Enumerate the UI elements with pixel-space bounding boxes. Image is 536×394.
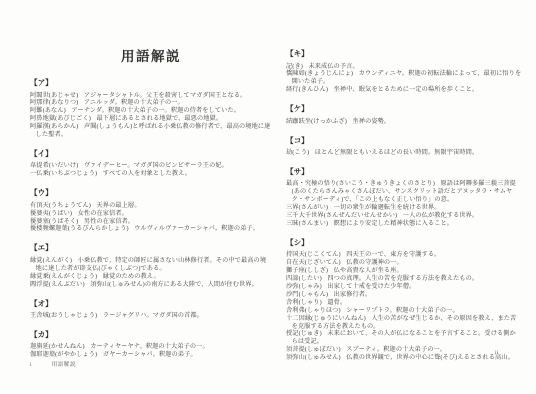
glossary-entry: 優婆夷(うばい)女性の在家信者。 xyxy=(30,210,272,218)
section-header: 【ケ】 xyxy=(286,103,522,114)
entry-term: 阿羅漢(あらかん) xyxy=(30,123,78,130)
entry-term: 須菩提(しゅぼだい) xyxy=(286,346,341,353)
entry-definition: 天界の最上層。 xyxy=(97,202,141,209)
glossary-entry: 一仏乗(いちぶつじょう)すべての人を対象とした教え。 xyxy=(30,170,272,178)
entry-term: 四諦(したい) xyxy=(286,275,322,282)
section-header: 【コ】 xyxy=(286,135,522,146)
glossary-entry: 三界(さんがい)一切の衆生が輪廻転生を続ける世界。 xyxy=(286,204,522,212)
glossary-entry: 経行(きんひん)坐禅中、眠気をとるために一定の場所を歩くこと。 xyxy=(286,86,522,94)
entry-term: 沙門(しゃもん) xyxy=(286,291,328,298)
entry-definition: 四つの真理。人生の苦を克服する方法を教えたもの。 xyxy=(327,275,478,282)
entry-term: 有頂天(うちょうてん) xyxy=(30,202,91,209)
glossary-entry: 三千大千世界(さんぜんだいせんせかい)一人の仏が教化する世界。 xyxy=(286,212,522,220)
entry-term: 舎利弗(しゃりほつ) xyxy=(286,307,341,314)
glossary-entry: 阿羅漢(あらかん)声聞(しょうもん)と呼ばれる小乗仏教の修行者で、最高の境地に達… xyxy=(30,123,272,139)
page-number-right: ii xyxy=(495,350,498,356)
entry-term: 授記(じゅき) xyxy=(286,330,322,337)
right-page: 【キ】記(き)未来成仏の予言。憍陳如(きょうじんにょ)カウンディニヤ。釈迦の初転… xyxy=(286,0,522,394)
entry-definition: ラージャグリハ。マガダ国の首都。 xyxy=(103,312,203,319)
entry-term: 阿那律(あなりつ) xyxy=(30,99,78,106)
page-title: 用語解説 xyxy=(30,45,272,65)
entry-term: 優婆夷(うばい) xyxy=(30,210,72,217)
entry-definition: スブーティ。釈迦の十大弟子の一。 xyxy=(346,346,446,353)
glossary-entry: 獅子座(ししざ)仏や高貴な人が坐る座。 xyxy=(286,267,522,275)
glossary-entry: 三昧(さんまい)瞑想により安定した精神状態に入ること。 xyxy=(286,220,522,228)
entry-definition: シャーリプトラ。釈迦の十大弟子の一。 xyxy=(346,307,459,314)
entry-term: 結跏趺坐(けっかふざ) xyxy=(286,118,347,125)
entry-term: 持国天(じこくてん) xyxy=(286,251,341,258)
glossary-sections-right: 【キ】記(き)未来成仏の予言。憍陳如(きょうじんにょ)カウンディニヤ。釈迦の初転… xyxy=(286,48,522,362)
entry-term: 優楼頻螺迦葉(うるびんらかしょう) xyxy=(30,225,129,232)
entry-definition: アジャータシャトル。父王を殺害してマガダ国王となる。 xyxy=(84,92,246,99)
section-header: 【カ】 xyxy=(30,329,272,340)
glossary-entry: 憍陳如(きょうじんにょ)カウンディニヤ。釈迦の初転法輪によって、最初に悟りを開い… xyxy=(286,70,522,86)
running-title: 用語解説 xyxy=(52,362,76,368)
entry-term: 優婆塞(うばそく) xyxy=(30,218,78,225)
glossary-entry: 有頂天(うちょうてん)天界の最上層。 xyxy=(30,202,272,210)
glossary-entry: 結跏趺坐(けっかふざ)坐禅の姿勢。 xyxy=(286,118,522,126)
entry-definition: 縁覚のための教え。 xyxy=(103,273,160,280)
entry-definition: 最下層にあるとされる地獄で、最悪の地獄。 xyxy=(97,115,223,122)
glossary-entry: 舎利弗(しゃりほつ)シャーリプトラ。釈迦の十大弟子の一。 xyxy=(286,307,522,315)
entry-definition: 一人の仏が教化する世界。 xyxy=(403,212,478,219)
section-header: 【オ】 xyxy=(30,298,272,309)
entry-definition: 男性の在家信者。 xyxy=(84,218,134,225)
glossary-entry: 縁覚乗(えんがくじょう)縁覚のための教え。 xyxy=(30,273,272,281)
entry-definition: 出家修行者。 xyxy=(334,291,372,298)
entry-term: 伽耶迦葉(がやかしょう) xyxy=(30,351,97,358)
entry-definition: 仏教の世界観で、世界の中心に聳(そび)えるとされる高山。 xyxy=(346,354,514,361)
entry-term: 劫(こう) xyxy=(286,149,309,156)
entry-definition: 仏教の守護神の一。 xyxy=(346,259,403,266)
entry-definition: カーティヤーヤナ。釈迦の十大弟子の一。 xyxy=(90,343,209,350)
glossary-entry: 王舎城(おうしゃじょう)ラージャグリハ。マガダ国の首都。 xyxy=(30,312,272,320)
entry-term: 須弥山(しゅみせん) xyxy=(286,354,341,361)
entry-term: 阿難(あなん) xyxy=(30,107,66,114)
section-header: 【イ】 xyxy=(30,148,272,159)
entry-definition: ヴァイデーヒー。マガダ国のビンビサーラ王の妃。 xyxy=(84,162,228,169)
glossary-entry: 授記(じゅき)未来において、その人が仏になることを予言すること。受ける側からは受… xyxy=(286,330,522,346)
entry-term: 十二因縁(じゅうにいんねん) xyxy=(286,315,366,322)
entry-definition: ウルヴィルヴァーカーシャパ。釈迦の弟子。 xyxy=(134,225,259,232)
entry-term: 阿闍世(あじゃせ) xyxy=(30,92,78,99)
right-page-footer: ii xyxy=(495,350,498,356)
section-header: 【エ】 xyxy=(30,242,272,253)
entry-definition: 仏や高貴な人が坐る座。 xyxy=(334,267,403,274)
entry-term: 三千大千世界(さんぜんだいせんせかい) xyxy=(286,212,397,219)
glossary-entry: 最高・究極の悟り(さいこう・きゅうきょくのさとり)原語は阿耨多羅三藐三菩提(あの… xyxy=(286,180,522,204)
entry-definition: 遺骨。 xyxy=(327,299,346,306)
entry-term: 阿鼻地獄(あびじごく) xyxy=(30,115,91,122)
glossary-entry: 縁覚(えんがく)小乗仏教で、特定の師匠に属さない山林修行者。その中で最高の境地に… xyxy=(30,257,272,273)
left-page-footer: i用語解説 xyxy=(30,360,76,368)
entry-term: 縁覚(えんがく) xyxy=(30,257,72,264)
entry-definition: ガヤーカーシャパ。釈迦の弟子。 xyxy=(103,351,197,358)
entry-definition: 坐禅中、眠気をとるために一定の場所を歩くこと。 xyxy=(334,86,479,93)
entry-term: 獅子座(ししざ) xyxy=(286,267,328,274)
section-header: 【サ】 xyxy=(286,166,522,177)
entry-term: 最高・究極の悟り(さいこう・きゅうきょくのさとり) xyxy=(286,180,435,187)
entry-term: 舎利(しゃり) xyxy=(286,299,322,306)
entry-definition: ほとんど無限ともいえるほどの長い時間。無限宇宙時間。 xyxy=(315,149,478,156)
glossary-entry: 優楼頻螺迦葉(うるびんらかしょう)ウルヴィルヴァーカーシャパ。釈迦の弟子。 xyxy=(30,225,272,233)
entry-term: 記(き) xyxy=(286,63,303,70)
entry-term: 三界(さんがい) xyxy=(286,204,328,211)
glossary-entry: 伽耶迦葉(がやかしょう)ガヤーカーシャパ。釈迦の弟子。 xyxy=(30,351,272,359)
entry-term: 自在天(じざいてん) xyxy=(286,259,341,266)
glossary-sections-left: 【ア】阿闍世(あじゃせ)アジャータシャトル。父王を殺害してマガダ国王となる。阿那… xyxy=(30,77,272,359)
entry-term: 迦旃延(かせんねん) xyxy=(30,343,85,350)
entry-definition: 坐禅の姿勢。 xyxy=(353,118,391,125)
entry-definition: 出家して十戒を受けた少年僧。 xyxy=(327,283,415,290)
left-page: 用語解説 【ア】阿闍世(あじゃせ)アジャータシャトル。父王を殺害してマガダ国王と… xyxy=(30,0,272,394)
section-header: 【ウ】 xyxy=(30,187,272,198)
entry-term: 縁覚乗(えんがくじょう) xyxy=(30,273,97,280)
entry-definition: すべての人を対象とした教え。 xyxy=(103,170,191,177)
entry-definition: アニルッダ。釈迦の十大弟子の一。 xyxy=(84,99,184,106)
entry-term: 三昧(さんまい) xyxy=(286,220,328,227)
entry-term: 閻浮提(えんぶだい) xyxy=(30,281,85,288)
section-header: 【シ】 xyxy=(286,237,522,248)
entry-term: 王舎城(おうしゃじょう) xyxy=(30,312,97,319)
glossary-entry: 閻浮提(えんぶだい)須弥山(しゅみせん)の南方にある大陸で、人間が住む世界。 xyxy=(30,281,272,289)
glossary-entry: 須弥山(しゅみせん)仏教の世界観で、世界の中心に聳(そび)えるとされる高山。 xyxy=(286,354,522,362)
entry-definition: 須弥山(しゅみせん)の南方にある大陸で、人間が住む世界。 xyxy=(90,281,258,288)
section-header: 【キ】 xyxy=(286,48,522,59)
glossary-entry: 須菩提(しゅぼだい)スブーティ。釈迦の十大弟子の一。 xyxy=(286,346,522,354)
entry-term: 沙弥(しゃみ) xyxy=(286,283,322,290)
entry-term: 憍陳如(きょうじんにょ) xyxy=(286,70,353,77)
glossary-entry: 沙弥(しゃみ)出家して十戒を受けた少年僧。 xyxy=(286,283,522,291)
book-spread: 用語解説 【ア】阿闍世(あじゃせ)アジャータシャトル。父王を殺害してマガダ国王と… xyxy=(0,0,536,394)
glossary-entry: 十二因縁(じゅうにいんねん)人生の苦がなぜ生じるか、その原因を教え、また苦を克服… xyxy=(286,315,522,331)
entry-definition: 女性の在家信者。 xyxy=(78,210,128,217)
entry-term: 一仏乗(いちぶつじょう) xyxy=(30,170,97,177)
entry-term: 経行(きんひん) xyxy=(286,86,328,93)
entry-term: 韋提希(いだいけ) xyxy=(30,162,78,169)
entry-definition: 未来成仏の予言。 xyxy=(308,63,358,70)
entry-definition: 四天王の一で、東方を守護する。 xyxy=(346,251,440,258)
glossary-entry: 自在天(じざいてん)仏教の守護神の一。 xyxy=(286,259,522,267)
section-header: 【ア】 xyxy=(30,77,272,88)
glossary-entry: 沙門(しゃもん)出家修行者。 xyxy=(286,291,522,299)
glossary-entry: 劫(こう)ほとんど無限ともいえるほどの長い時間。無限宇宙時間。 xyxy=(286,149,522,157)
glossary-entry: 舎利(しゃり)遺骨。 xyxy=(286,299,522,307)
page-number-left: i xyxy=(30,362,32,368)
glossary-entry: 四諦(したい)四つの真理。人生の苦を克服する方法を教えたもの。 xyxy=(286,275,522,283)
entry-definition: 瞑想により安定した精神状態に入ること。 xyxy=(334,220,453,227)
entry-definition: 一切の衆生が輪廻転生を続ける世界。 xyxy=(334,204,441,211)
entry-definition: 未来において、その人が仏になることを予言すること。受ける側からは受記。 xyxy=(292,330,516,345)
glossary-entry: 阿鼻地獄(あびじごく)最下層にあるとされる地獄で、最悪の地獄。 xyxy=(30,115,272,123)
entry-definition: アーナンダ。釈迦の十大弟子の一。釈迦の侍者をしていた。 xyxy=(71,107,240,114)
